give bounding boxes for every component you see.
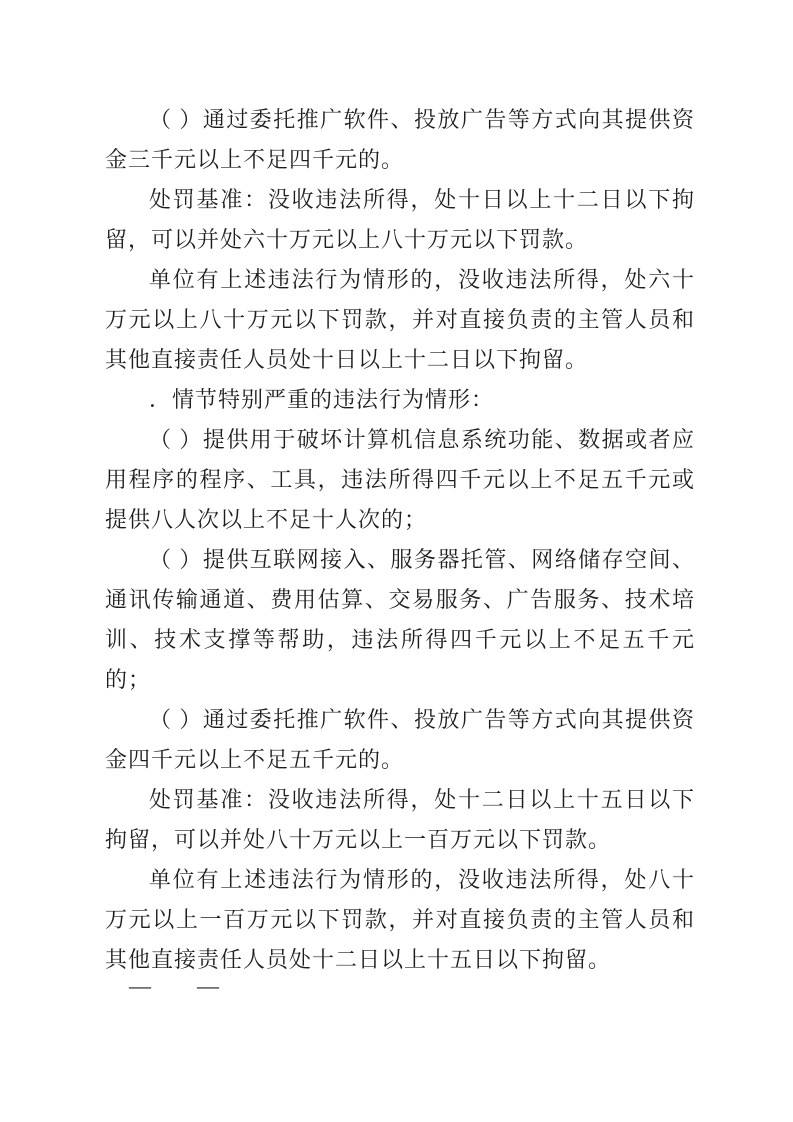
paragraph-section-heading-severe: ．情节特别严重的违法行为情形： [105,380,695,420]
paragraph-penalty-basis-2: 处罚基准：没收违法所得，处十二日以上十五日以下拘留，可以并处八十万元以上一百万元… [105,780,695,860]
page-number-footer: — — [129,972,219,1000]
document-body: （ ）通过委托推广软件、投放广告等方式向其提供资金三千元以上不足四千元的。 处罚… [105,100,695,980]
page-number-dash-right: — [197,972,219,1000]
paragraph-clause-internet-services: （ ）提供互联网接入、服务器托管、网络储存空间、通讯传输通道、费用估算、交易服务… [105,540,695,700]
paragraph-clause-funding-4k: （ ）通过委托推广软件、投放广告等方式向其提供资金四千元以上不足五千元的。 [105,700,695,780]
page-number-dash-left: — [129,972,151,1000]
paragraph-clause-funding-3k: （ ）通过委托推广软件、投放广告等方式向其提供资金三千元以上不足四千元的。 [105,100,695,180]
paragraph-penalty-basis-1: 处罚基准：没收违法所得，处十日以上十二日以下拘留，可以并处六十万元以上八十万元以… [105,180,695,260]
paragraph-clause-programs-tools: （ ）提供用于破坏计算机信息系统功能、数据或者应用程序的程序、工具，违法所得四千… [105,420,695,540]
document-page: （ ）通过委托推广软件、投放广告等方式向其提供资金三千元以上不足四千元的。 处罚… [0,0,793,1122]
paragraph-unit-penalty-1: 单位有上述违法行为情形的，没收违法所得，处六十万元以上八十万元以下罚款，并对直接… [105,260,695,380]
paragraph-unit-penalty-2: 单位有上述违法行为情形的，没收违法所得，处八十万元以上一百万元以下罚款，并对直接… [105,860,695,980]
